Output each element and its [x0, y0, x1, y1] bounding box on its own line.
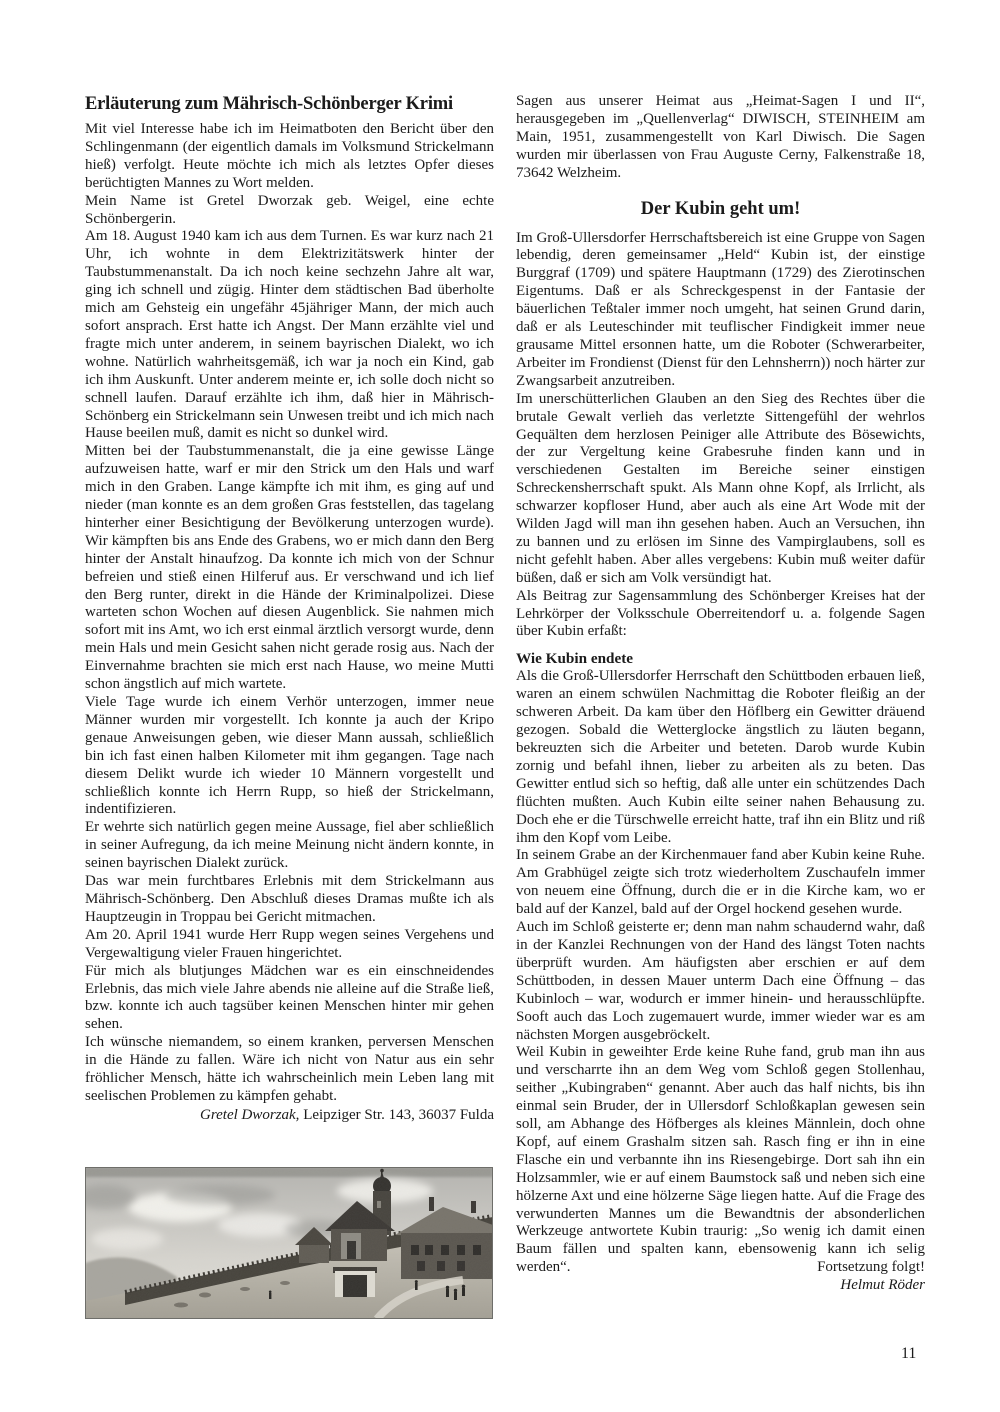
paragraph: Mein Name ist Gretel Dworzak geb. Weigel… — [85, 193, 494, 229]
paragraph: In seinem Grabe an der Kirchenmauer fand… — [516, 847, 925, 919]
story-final-text: Weil Kubin in geweihter Erde keine Ruhe … — [516, 1044, 925, 1275]
paragraph: Weil Kubin in geweihter Erde keine Ruhe … — [516, 1044, 925, 1277]
signature-address: Leipziger Str. 143, 36037 Fulda — [299, 1107, 494, 1123]
paragraph: Er wehrte sich natürlich gegen meine Aus… — [85, 819, 494, 873]
paragraph: Als die Groß-Ullersdorfer Herrschaft den… — [516, 668, 925, 847]
article-heading: Erläuterung zum Mährisch-Schönberger Kri… — [85, 93, 494, 116]
signature-name: Gretel Dworzak, — [200, 1107, 299, 1123]
paragraph: Viele Tage wurde ich einem Verhör unterz… — [85, 694, 494, 819]
paragraph: Ich wünsche niemandem, so einem kranken,… — [85, 1034, 494, 1106]
photo-shed — [333, 1267, 377, 1297]
paragraph: Als Beitrag zur Sagensammlung des Schönb… — [516, 588, 925, 642]
kubin-heading: Der Kubin geht um! — [516, 198, 925, 221]
paragraph: Auch im Schloß geisterte er; denn man na… — [516, 919, 925, 1044]
paragraph: Im Groß-Ullersdorfer Herrschaftsbereich … — [516, 230, 925, 391]
paragraph: Mitten bei der Taubstummenanstalt, die j… — [85, 443, 494, 694]
author-byline: Helmut Röder — [516, 1277, 925, 1295]
continuation-note: Fortsetzung folgt! — [817, 1259, 925, 1277]
paragraph: Das war mein furchtbares Erlebnis mit de… — [85, 873, 494, 927]
story-subheading: Wie Kubin endete — [516, 650, 925, 668]
paragraph: Im unerschütterlichen Glauben an den Sie… — [516, 391, 925, 588]
paragraph: Mit viel Interesse habe ich im Heimatbot… — [85, 121, 494, 193]
paragraph: Am 20. April 1941 wurde Herr Rupp wegen … — [85, 927, 494, 963]
intro-paragraph: Sagen aus unserer Heimat aus „Heimat-Sag… — [516, 93, 925, 183]
left-column: Erläuterung zum Mährisch-Schönberger Kri… — [85, 93, 494, 1319]
two-column-layout: Erläuterung zum Mährisch-Schönberger Kri… — [85, 93, 925, 1319]
signature-line: Gretel Dworzak, Leipziger Str. 143, 3603… — [85, 1107, 494, 1125]
paragraph: Am 18. August 1940 kam ich aus dem Turne… — [85, 228, 494, 443]
hillside-church-photo — [85, 1167, 493, 1319]
newsletter-page: Erläuterung zum Mährisch-Schönberger Kri… — [0, 0, 1000, 1412]
right-column: Sagen aus unserer Heimat aus „Heimat-Sag… — [516, 93, 925, 1295]
paragraph: Für mich als blutjunges Mädchen war es e… — [85, 963, 494, 1035]
page-number: 11 — [901, 1344, 916, 1364]
